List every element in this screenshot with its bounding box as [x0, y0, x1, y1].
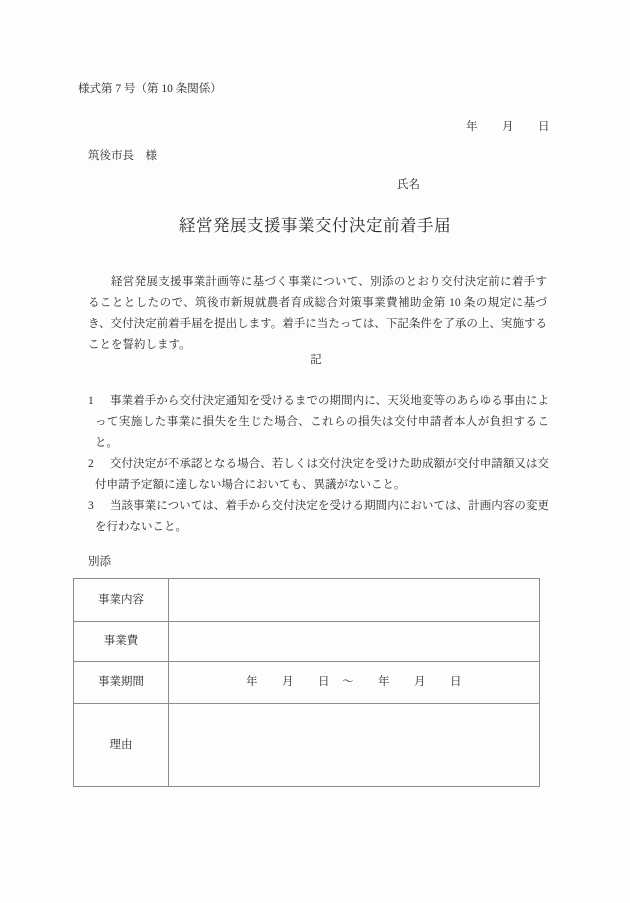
- cell-reason-value: [169, 704, 540, 787]
- attachment-table: 事業内容 事業費 事業期間 年 月 日 ～ 年 月 日 理由: [73, 578, 540, 787]
- addressee-line: 筑後市長 様: [88, 146, 157, 167]
- condition-item-2: 2交付決定が不承認となる場合、若しくは交付決定を受けた助成額が交付申請額又は交付…: [88, 454, 549, 496]
- table-row-business-content: 事業内容: [74, 579, 540, 622]
- cell-business-content-value: [169, 579, 540, 622]
- condition-item-1: 1事業着手から交付決定通知を受けるまでの期間内に、天災地変等のあらゆる事由によっ…: [88, 391, 549, 454]
- date-line: 年 月 日: [88, 117, 550, 138]
- body-paragraph: 経営発展支援事業計画等に基づく事業について、別添のとおり交付決定前に着手すること…: [88, 272, 547, 356]
- table-row-business-period: 事業期間 年 月 日 ～ 年 月 日: [74, 662, 540, 704]
- row-header-business-content: 事業内容: [74, 579, 169, 622]
- condition-text-3: 当該事業については、着手から交付決定を受ける期間内においては、計画内容の変更を行…: [95, 500, 549, 533]
- conditions-list: 1事業着手から交付決定通知を受けるまでの期間内に、天災地変等のあらゆる事由によっ…: [88, 391, 549, 538]
- cell-business-cost-value: [169, 622, 540, 662]
- condition-item-3: 3当該事業については、着手から交付決定を受ける期間内においては、計画内容の変更を…: [88, 496, 549, 538]
- cell-business-period-value: 年 月 日 ～ 年 月 日: [169, 662, 540, 704]
- table-row-reason: 理由: [74, 704, 540, 787]
- condition-number-3: 3: [88, 496, 110, 517]
- condition-text-1: 事業着手から交付決定通知を受けるまでの期間内に、天災地変等のあらゆる事由によって…: [95, 395, 549, 449]
- table-row-business-cost: 事業費: [74, 622, 540, 662]
- condition-text-2: 交付決定が不承認となる場合、若しくは交付決定を受けた助成額が交付申請額又は交付申…: [95, 458, 549, 491]
- document-title: 経営発展支援事業交付決定前着手届: [0, 214, 630, 238]
- condition-number-2: 2: [88, 454, 110, 475]
- form-number: 様式第 7 号（第 10 条関係）: [78, 79, 222, 100]
- condition-number-1: 1: [88, 391, 110, 412]
- document-page: 様式第 7 号（第 10 条関係） 年 月 日 筑後市長 様 氏名 経営発展支援…: [0, 0, 630, 903]
- row-header-business-cost: 事業費: [74, 622, 169, 662]
- ki-heading: 記: [0, 350, 630, 371]
- row-header-reason: 理由: [74, 704, 169, 787]
- row-header-business-period: 事業期間: [74, 662, 169, 704]
- name-label: 氏名: [397, 175, 420, 196]
- attachment-label: 別添: [88, 552, 111, 573]
